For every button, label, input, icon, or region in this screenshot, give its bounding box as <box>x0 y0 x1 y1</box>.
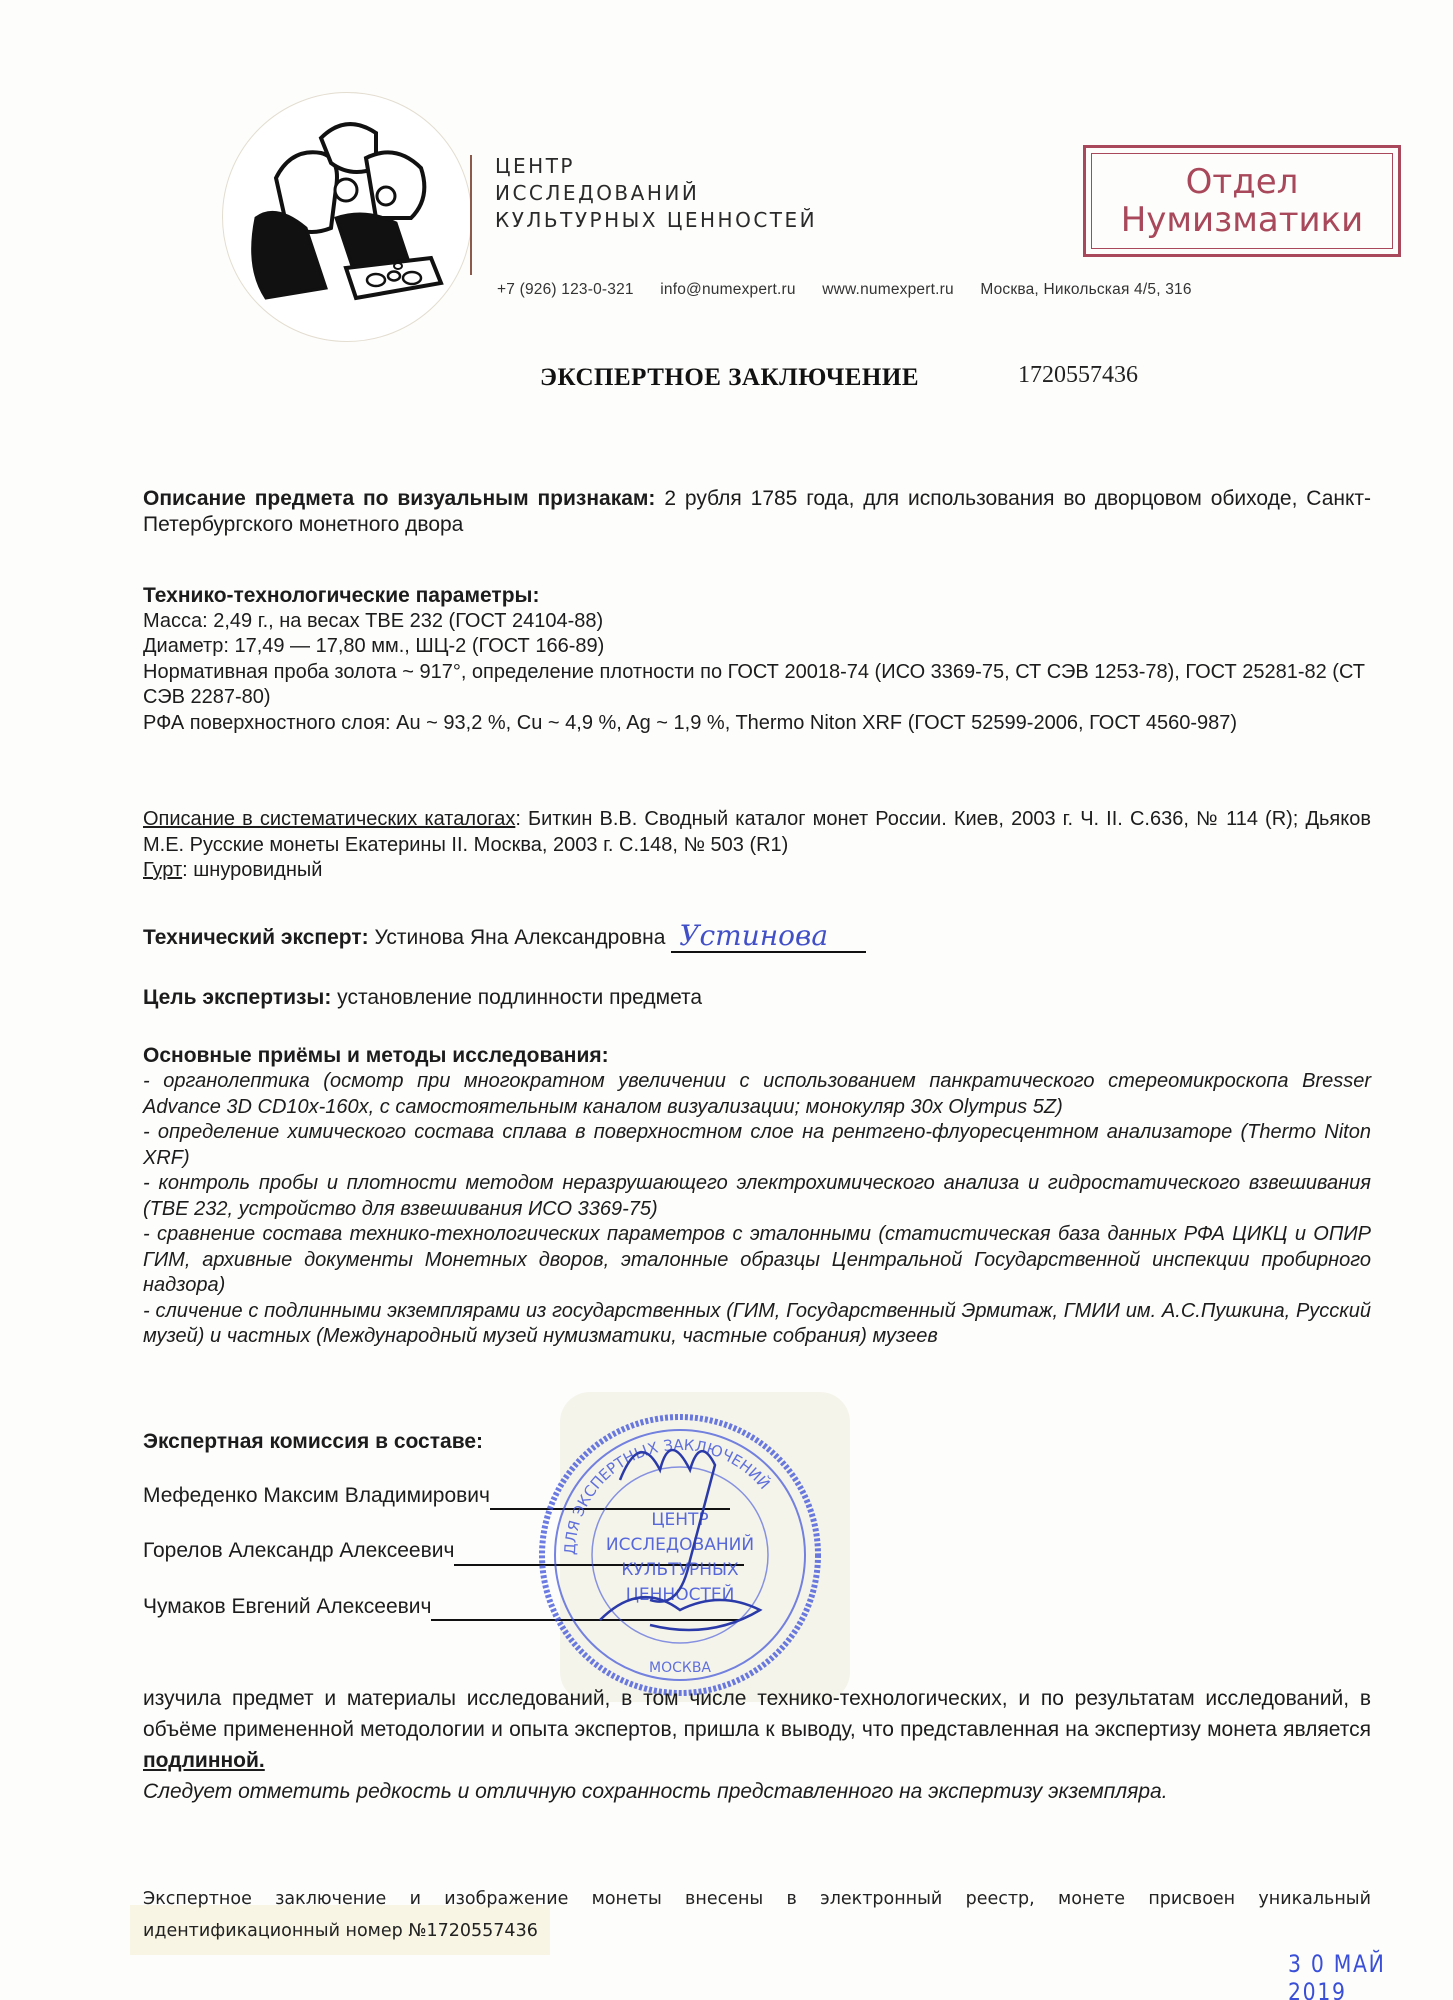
org-name-line: ЦЕНТР <box>495 153 817 180</box>
department-stamp-line: Нумизматики <box>1121 201 1364 239</box>
tech-expert-name: Устинова Яна Александровна <box>369 926 672 949</box>
method-item: - контроль пробы и плотности методом нер… <box>143 1171 1371 1222</box>
address: Москва, Никольская 4/5, 316 <box>980 281 1191 298</box>
item-description: Описание предмета по визуальным признака… <box>143 486 1371 537</box>
member-name: Горелов Александр Алексеевич <box>143 1539 454 1562</box>
tech-expert-label: Технический эксперт: <box>143 926 369 949</box>
official-seal-icon: ДЛЯ ЭКСПЕРТНЫХ ЗАКЛЮЧЕНИЙ МОСКВА ЦЕНТР И… <box>530 1410 830 1700</box>
verdict: подлинной. <box>143 1749 265 1772</box>
tech-expert-signature: Устинова <box>679 923 828 949</box>
department-stamp: Отдел Нумизматики <box>1083 145 1401 257</box>
tech-params-label: Технико-технологические параметры: <box>143 583 1371 609</box>
purpose-value: установление подлинности предмета <box>331 986 702 1009</box>
tech-param-line: РФА поверхностного слоя: Au ~ 93,2 %, Cu… <box>143 711 1371 737</box>
conclusion-text: изучила предмет и материалы исследований… <box>143 1687 1371 1741</box>
tech-param-line: Масса: 2,49 г., на весах ТВЕ 232 (ГОСТ 2… <box>143 609 1371 635</box>
svg-text:ИССЛЕДОВАНИЙ: ИССЛЕДОВАНИЙ <box>606 1533 754 1555</box>
tech-params: Технико-технологические параметры: Масса… <box>143 583 1371 736</box>
svg-text:МОСКВА: МОСКВА <box>649 1660 711 1676</box>
organization-name: ЦЕНТР ИССЛЕДОВАНИЙ КУЛЬТУРНЫХ ЦЕННОСТЕЙ <box>495 153 817 234</box>
edge-label: Гурт <box>143 859 182 881</box>
research-methods: Основные приёмы и методы исследования: -… <box>143 1042 1371 1350</box>
phone: +7 (926) 123-0-321 <box>497 281 634 298</box>
department-stamp-line: Отдел <box>1186 163 1299 201</box>
contact-info: +7 (926) 123-0-321 info@numexpert.ru www… <box>497 281 1214 299</box>
expertise-purpose: Цель экспертизы: установление подлинност… <box>143 985 1371 1011</box>
org-name-line: КУЛЬТУРНЫХ ЦЕННОСТЕЙ <box>495 207 817 234</box>
registry-note: Экспертное заключение и изображение моне… <box>143 1883 1371 1947</box>
purpose-label: Цель экспертизы: <box>143 986 331 1009</box>
tech-expert-signature-line: Устинова <box>671 925 866 953</box>
edge-value: : шнуровидный <box>182 859 322 881</box>
method-item: - органолептика (осмотр при многократном… <box>143 1069 1371 1120</box>
member-name: Чумаков Евгений Алексеевич <box>143 1595 431 1618</box>
tech-param-line: Диаметр: 17,49 — 17,80 мм., ШЦ-2 (ГОСТ 1… <box>143 634 1371 660</box>
catalog-description: Описание в систематических каталогах: Би… <box>143 807 1371 884</box>
member-name: Мефеденко Максим Владимирович <box>143 1484 490 1507</box>
catalogs-label: Описание в систематических каталогах <box>143 808 515 830</box>
document-number: 1720557436 <box>1018 362 1138 389</box>
technical-expert: Технический эксперт: Устинова Яна Алекса… <box>143 925 1371 953</box>
email: info@numexpert.ru <box>660 281 795 298</box>
header-divider <box>470 155 472 275</box>
conclusion-note: Следует отметить редкость и отличную сох… <box>143 1776 1371 1807</box>
methods-label: Основные приёмы и методы исследования: <box>143 1042 1371 1069</box>
method-item: - сравнение состава технико-технологичес… <box>143 1222 1371 1299</box>
svg-text:КУЛЬТУРНЫХ: КУЛЬТУРНЫХ <box>621 1560 739 1580</box>
org-name-line: ИССЛЕДОВАНИЙ <box>495 180 817 207</box>
tech-param-line: Нормативная проба золота ~ 917°, определ… <box>143 660 1371 711</box>
document-title: ЭКСПЕРТНОЕ ЗАКЛЮЧЕНИЕ <box>540 364 919 392</box>
method-item: - сличение с подлинными экземплярами из … <box>143 1299 1371 1350</box>
method-item: - определение химического состава сплава… <box>143 1120 1371 1171</box>
experts-examining-coins-logo-icon <box>236 108 456 308</box>
conclusion: изучила предмет и материалы исследований… <box>143 1683 1371 1807</box>
website: www.numexpert.ru <box>822 281 954 298</box>
description-label: Описание предмета по визуальным признака… <box>143 487 655 510</box>
date-stamp: 3 0 МАЙ 2019 <box>1288 1950 1428 2000</box>
